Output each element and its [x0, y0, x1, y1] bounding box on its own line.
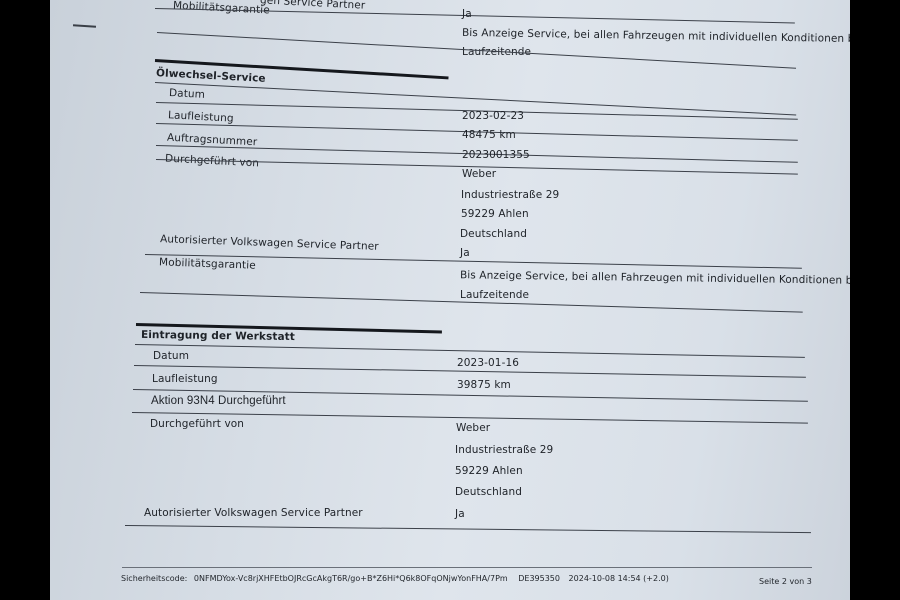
oil-label-mobility: Mobilitätsgarantie	[159, 256, 256, 271]
workshop-label-durchgefuehrt: Durchgeführt von	[150, 418, 244, 430]
oil-value-partner: Ja	[460, 247, 470, 259]
oil-address-country: Deutschland	[460, 228, 527, 240]
page-number: Seite 2 von 3	[759, 577, 812, 586]
oil-value-durchgefuehrt: Weber	[462, 168, 496, 180]
row-divider	[135, 344, 805, 358]
oil-label-partner: Autorisierter Volkswagen Service Partner	[160, 233, 379, 253]
oil-address-city: 59229 Ahlen	[461, 208, 529, 220]
workshop-address-street: Industriestraße 29	[455, 444, 553, 456]
workshop-value-durchgefuehrt: Weber	[456, 422, 490, 434]
workshop-label-partner: Autorisierter Volkswagen Service Partner	[144, 507, 363, 519]
oil-value-mobility-line2: Laufzeitende	[460, 289, 529, 301]
workshop-entry-title: Eintragung der Werkstatt	[141, 329, 295, 343]
workshop-label-datum: Datum	[153, 350, 189, 362]
oil-value-mobility-line1: Bis Anzeige Service, bei allen Fahrzeuge…	[460, 269, 850, 287]
partner-value-top: Ja	[462, 8, 472, 20]
oil-label-datum: Datum	[169, 87, 206, 101]
footer-security: Sicherheitscode: 0NFMDYox-Vc8rjXHFEtbOJR…	[121, 574, 669, 583]
workshop-value-laufleistung: 39875 km	[457, 379, 511, 391]
workshop-value-partner: Ja	[455, 508, 465, 520]
oil-value-datum: 2023-02-23	[462, 110, 524, 122]
workshop-address-city: 59229 Ahlen	[455, 465, 523, 477]
mobility-value-top-line1: Bis Anzeige Service, bei allen Fahrzeuge…	[462, 27, 850, 45]
workshop-address-country: Deutschland	[455, 486, 522, 498]
oil-address-street: Industriestraße 29	[461, 189, 559, 201]
row-divider	[125, 525, 811, 533]
security-code: 0NFMDYox-Vc8rjXHFEtbOJRcGcAkgT6R/go+B*Z6…	[194, 574, 508, 583]
dealer-code: DE395350	[518, 574, 560, 583]
footer-rule	[122, 567, 812, 568]
oil-label-laufleistung: Laufleistung	[168, 109, 234, 124]
workshop-value-datum: 2023-01-16	[457, 357, 519, 369]
print-timestamp: 2024-10-08 14:54 (+2.0)	[569, 574, 669, 583]
workshop-label-aktion: Aktion 93N4 Durchgeführt	[151, 395, 286, 407]
workshop-label-laufleistung: Laufleistung	[152, 373, 218, 385]
oil-value-laufleistung: 48475 km	[462, 129, 516, 141]
service-record-sheet: gen Service Partner Mobilitätsgarantie J…	[50, 0, 850, 600]
oil-value-auftragsnummer: 2023001355	[462, 149, 530, 161]
row-divider	[155, 8, 795, 24]
security-code-label: Sicherheitscode:	[121, 574, 187, 583]
document-page: gen Service Partner Mobilitätsgarantie J…	[50, 0, 850, 600]
